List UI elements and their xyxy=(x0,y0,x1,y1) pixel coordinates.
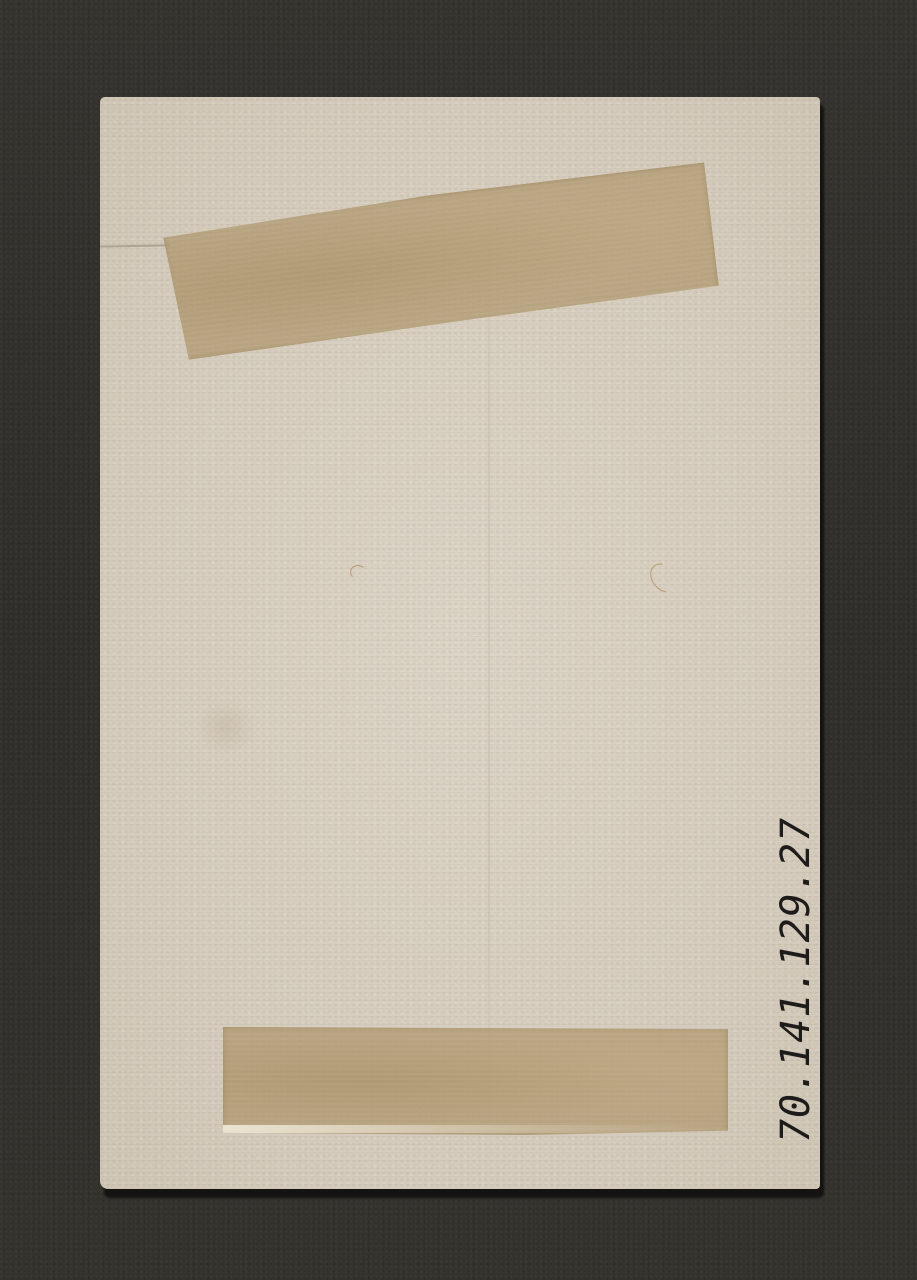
paper-card xyxy=(100,97,820,1189)
tape-strip-bottom xyxy=(223,1027,728,1135)
paper-fiber xyxy=(645,558,684,598)
tape-strip-top xyxy=(162,162,720,361)
paper-stain xyxy=(196,697,256,757)
paper-fiber xyxy=(350,565,366,579)
tape-glint xyxy=(223,1125,728,1133)
left-edge-crease xyxy=(100,244,170,247)
accession-number: 70.141.129.27 xyxy=(773,817,819,1143)
